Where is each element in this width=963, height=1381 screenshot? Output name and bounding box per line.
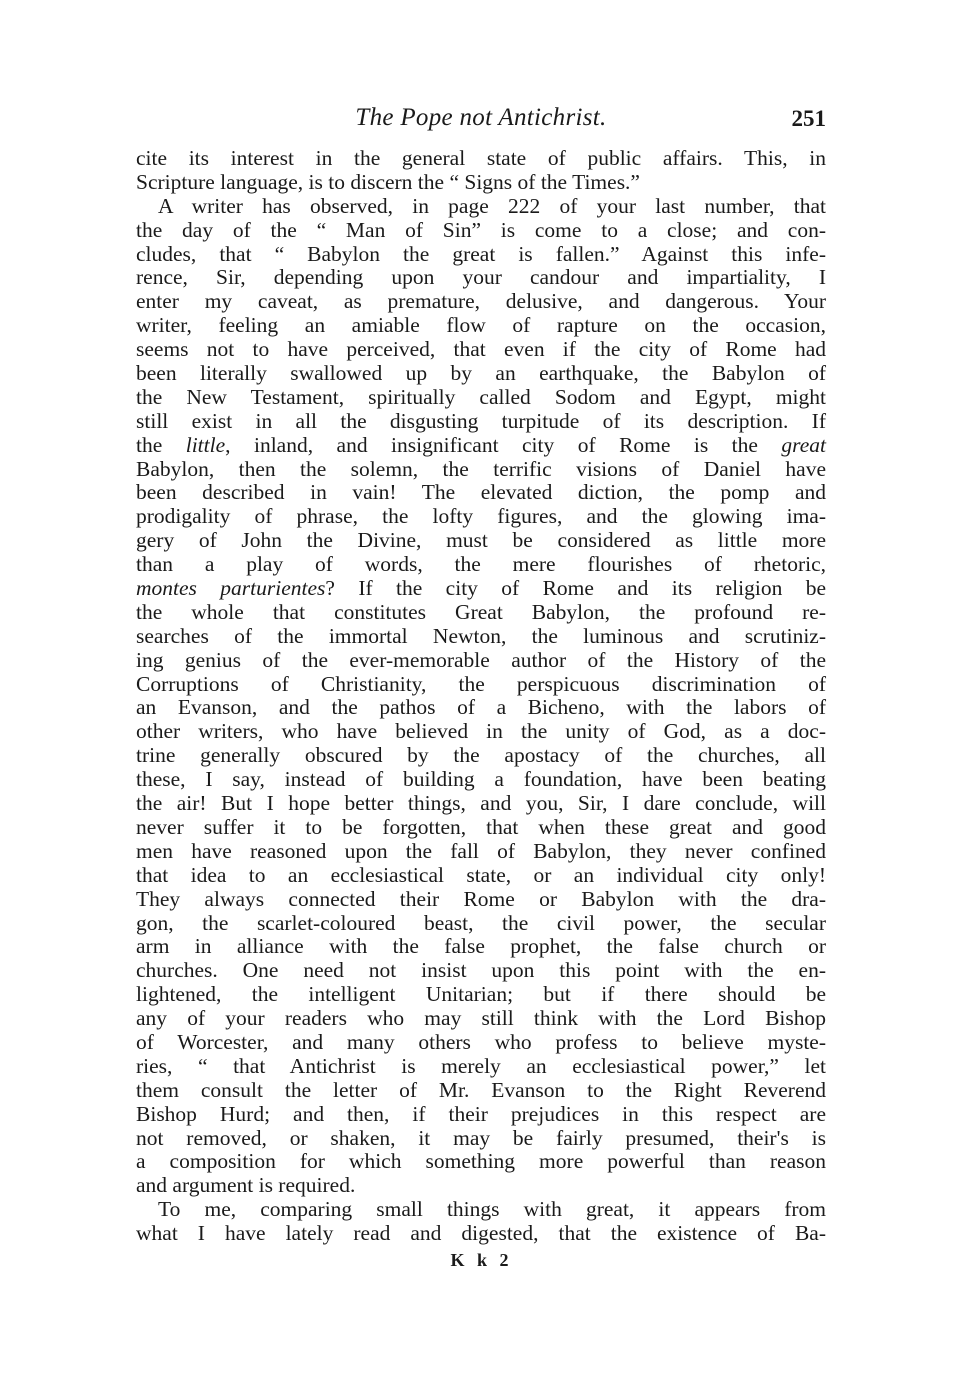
page-header: The Pope not Antichrist. 251 <box>136 104 826 138</box>
text-line: the air! But I hope better things, and y… <box>136 792 826 816</box>
text-line: ing genius of the ever-memorable author … <box>136 649 826 673</box>
text-line: been literally swallowed up by an earthq… <box>136 362 826 386</box>
page-number: 251 <box>792 106 827 132</box>
text-line: Bishop Hurd; and then, if their prejudic… <box>136 1103 826 1127</box>
text-line: lightened, the intelligent Unitarian; bu… <box>136 983 826 1007</box>
text-line: cludes, that “ Babylon the great is fall… <box>136 243 826 267</box>
text-line: montes parturientes? If the city of Rome… <box>136 577 826 601</box>
text-line: the little, inland, and insignificant ci… <box>136 434 826 458</box>
text-line: and argument is required. <box>136 1174 826 1198</box>
text-line: the day of the “ Man of Sin” is come to … <box>136 219 826 243</box>
text-line: these, I say, instead of building a foun… <box>136 768 826 792</box>
text-line: of Worcester, and many others who profes… <box>136 1031 826 1055</box>
text-line: cite its interest in the general state o… <box>136 147 826 171</box>
printer-signature-mark: K k 2 <box>0 1250 963 1271</box>
text-line: the whole that constitutes Great Babylon… <box>136 601 826 625</box>
italic-phrase: little <box>186 433 225 457</box>
text-line: never suffer it to be forgotten, that wh… <box>136 816 826 840</box>
text-line: men have reasoned upon the fall of Babyl… <box>136 840 826 864</box>
book-page: The Pope not Antichrist. 251 cite its in… <box>0 0 963 1381</box>
text-line: gon, the scarlet-coloured beast, the civ… <box>136 912 826 936</box>
text-line: an Evanson, and the pathos of a Bicheno,… <box>136 696 826 720</box>
text-line: They always connected their Rome or Baby… <box>136 888 826 912</box>
text-line: prodigality of phrase, the lofty figures… <box>136 505 826 529</box>
italic-phrase: great <box>781 433 826 457</box>
text-line: trine generally obscured by the apostacy… <box>136 744 826 768</box>
text-line: searches of the immortal Newton, the lum… <box>136 625 826 649</box>
text-line: what I have lately read and digested, th… <box>136 1222 826 1246</box>
running-title: The Pope not Antichrist. <box>136 104 826 132</box>
italic-phrase: montes parturientes <box>136 576 325 600</box>
text-line: rence, Sir, depending upon your candour … <box>136 266 826 290</box>
text-line: been described in vain! The elevated dic… <box>136 481 826 505</box>
text-line: Scripture language, is to discern the “ … <box>136 171 826 195</box>
text-line: other writers, who have believed in the … <box>136 720 826 744</box>
text-line: To me, comparing small things with great… <box>136 1198 826 1222</box>
text-line: not removed, or shaken, it may be fairly… <box>136 1127 826 1151</box>
text-line: a composition for which something more p… <box>136 1150 826 1174</box>
text-line: any of your readers who may still think … <box>136 1007 826 1031</box>
text-line: seems not to have perceived, that even i… <box>136 338 826 362</box>
body-text: cite its interest in the general state o… <box>136 147 826 1246</box>
text-line: still exist in all the disgusting turpit… <box>136 410 826 434</box>
text-line: churches. One need not insist upon this … <box>136 959 826 983</box>
text-line: writer, feeling an amiable flow of raptu… <box>136 314 826 338</box>
text-line: that idea to an ecclesiastical state, or… <box>136 864 826 888</box>
text-line: gery of John the Divine, must be conside… <box>136 529 826 553</box>
text-line: Corruptions of Christianity, the perspic… <box>136 673 826 697</box>
text-line: than a play of words, the mere flourishe… <box>136 553 826 577</box>
text-line: the New Testament, spiritually called So… <box>136 386 826 410</box>
text-line: Babylon, then the solemn, the terrific v… <box>136 458 826 482</box>
text-line: ries, “ that Antichrist is merely an ecc… <box>136 1055 826 1079</box>
text-line: them consult the letter of Mr. Evanson t… <box>136 1079 826 1103</box>
text-line: enter my caveat, as premature, delusive,… <box>136 290 826 314</box>
text-line: A writer has observed, in page 222 of yo… <box>136 195 826 219</box>
text-line: arm in alliance with the false prophet, … <box>136 935 826 959</box>
